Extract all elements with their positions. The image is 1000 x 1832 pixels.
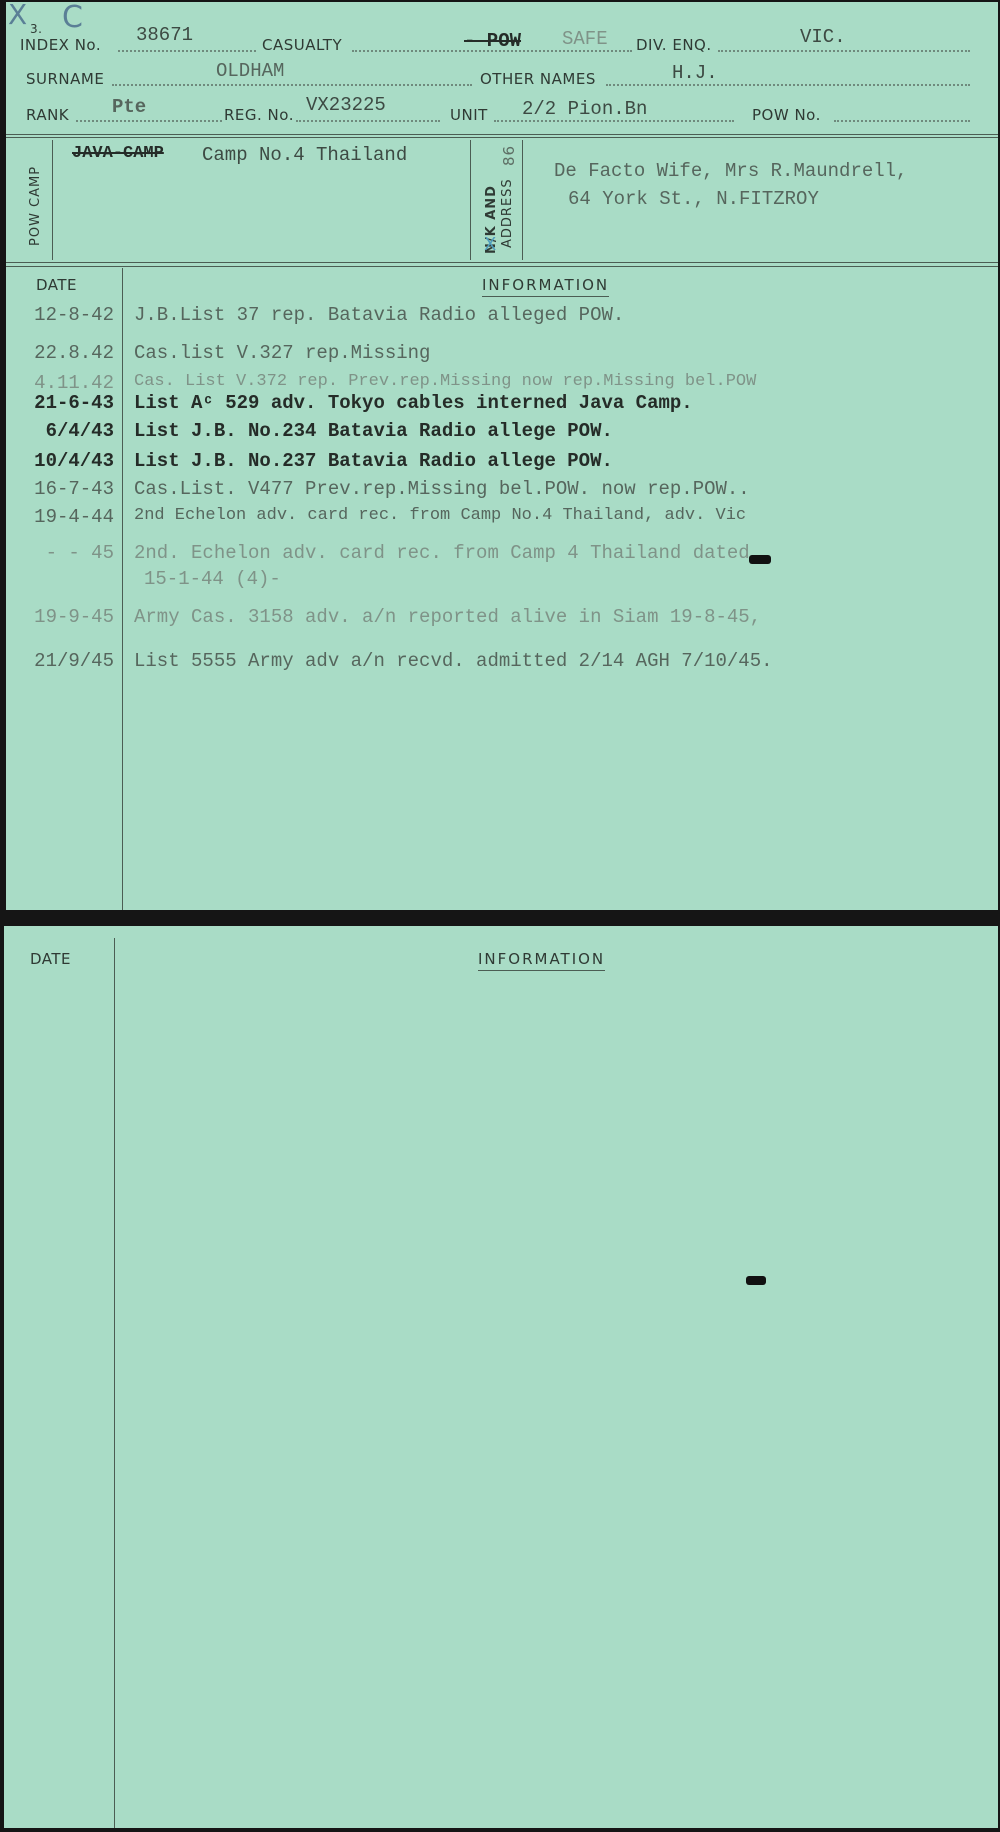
small-mark: 3. (30, 22, 42, 36)
other-names-label: OTHER NAMES (480, 70, 596, 88)
row-date: 19-4-44 (6, 506, 114, 528)
row-info: List 5555 Army adv a/n recvd. admitted 2… (134, 650, 773, 672)
info-header: INFORMATION (482, 276, 609, 297)
row-date: 21-6-43 (6, 392, 114, 414)
reg-no-label: REG. No. (224, 106, 294, 124)
nok-number: 86 (500, 145, 518, 166)
date-header: DATE (36, 276, 77, 294)
row-info: Army Cas. 3158 adv. a/n reported alive i… (134, 606, 761, 628)
row-date: 4.11.42 (6, 372, 114, 394)
pow-no-label: POW No. (752, 106, 821, 124)
pencil-x-mark: X (8, 0, 27, 31)
index-value: 38671 (136, 24, 193, 46)
pow-camp-label: POW CAMP (28, 166, 43, 246)
div-enq-value: VIC. (800, 26, 846, 48)
pow-camp-struck: JAVA-CAMP (72, 144, 164, 163)
row-date: 19-9-45 (6, 606, 114, 628)
surname-label: SURNAME (26, 70, 104, 88)
nok-line1: De Facto Wife, Mrs R.Maundrell, (554, 160, 907, 182)
casualty-value: SAFE (562, 28, 608, 50)
row-info: List Aᶜ 529 adv. Tokyo cables interned J… (134, 392, 693, 414)
other-names-value: H.J. (672, 62, 718, 84)
row-date: 16-7-43 (6, 478, 114, 500)
row-date: 21/9/45 (6, 650, 114, 672)
reg-no-value: VX23225 (306, 94, 386, 116)
back-date-header: DATE (30, 950, 71, 968)
unit-label: UNIT (450, 106, 488, 124)
row-date: 6/4/43 (6, 420, 114, 442)
row-info: List J.B. No.234 Batavia Radio allege PO… (134, 420, 613, 442)
row-date: 10/4/43 (6, 450, 114, 472)
pencil-c-mark: C (62, 0, 83, 35)
nok-x-mark: X (484, 234, 496, 255)
row-info: J.B.List 37 rep. Batavia Radio alleged P… (134, 304, 624, 326)
pow-camp-value: Camp No.4 Thailand (202, 144, 407, 166)
nok-label-line2: ADDRESS (500, 178, 515, 248)
rank-label: RANK (26, 106, 69, 124)
rank-value: Pte (112, 96, 146, 118)
row-date: - - 45 (6, 542, 114, 564)
row-date: 12-8-42 (6, 304, 114, 326)
row-info: Cas.List. V477 Prev.rep.Missing bel.POW.… (134, 478, 750, 500)
casualty-label: CASUALTY (262, 36, 342, 54)
nok-line2: 64 York St., N.FITZROY (568, 188, 819, 210)
record-card-front: X C 3. INDEX No. 38671 CASUALTY - POW SA… (6, 2, 998, 910)
index-label: INDEX No. (20, 36, 101, 54)
surname-value: OLDHAM (216, 60, 284, 82)
div-enq-label: DIV. ENQ. (636, 36, 712, 54)
back-info-header: INFORMATION (478, 950, 605, 971)
casualty-struck-value: - POW (464, 30, 521, 52)
row-info: 2nd Echelon adv. card rec. from Camp No.… (134, 506, 746, 525)
row-info: Cas. List V.372 rep. Prev.rep.Missing no… (134, 372, 756, 391)
record-card-back: DATE INFORMATION (4, 926, 998, 1828)
row-info-continued: 15-1-44 (4)- (144, 568, 281, 590)
row-date: 22.8.42 (6, 342, 114, 364)
row-info: List J.B. No.237 Batavia Radio allege PO… (134, 450, 613, 472)
unit-value: 2/2 Pion.Bn (522, 98, 647, 120)
row-info: Cas.list V.327 rep.Missing (134, 342, 430, 364)
row-info: 2nd. Echelon adv. card rec. from Camp 4 … (134, 542, 750, 564)
